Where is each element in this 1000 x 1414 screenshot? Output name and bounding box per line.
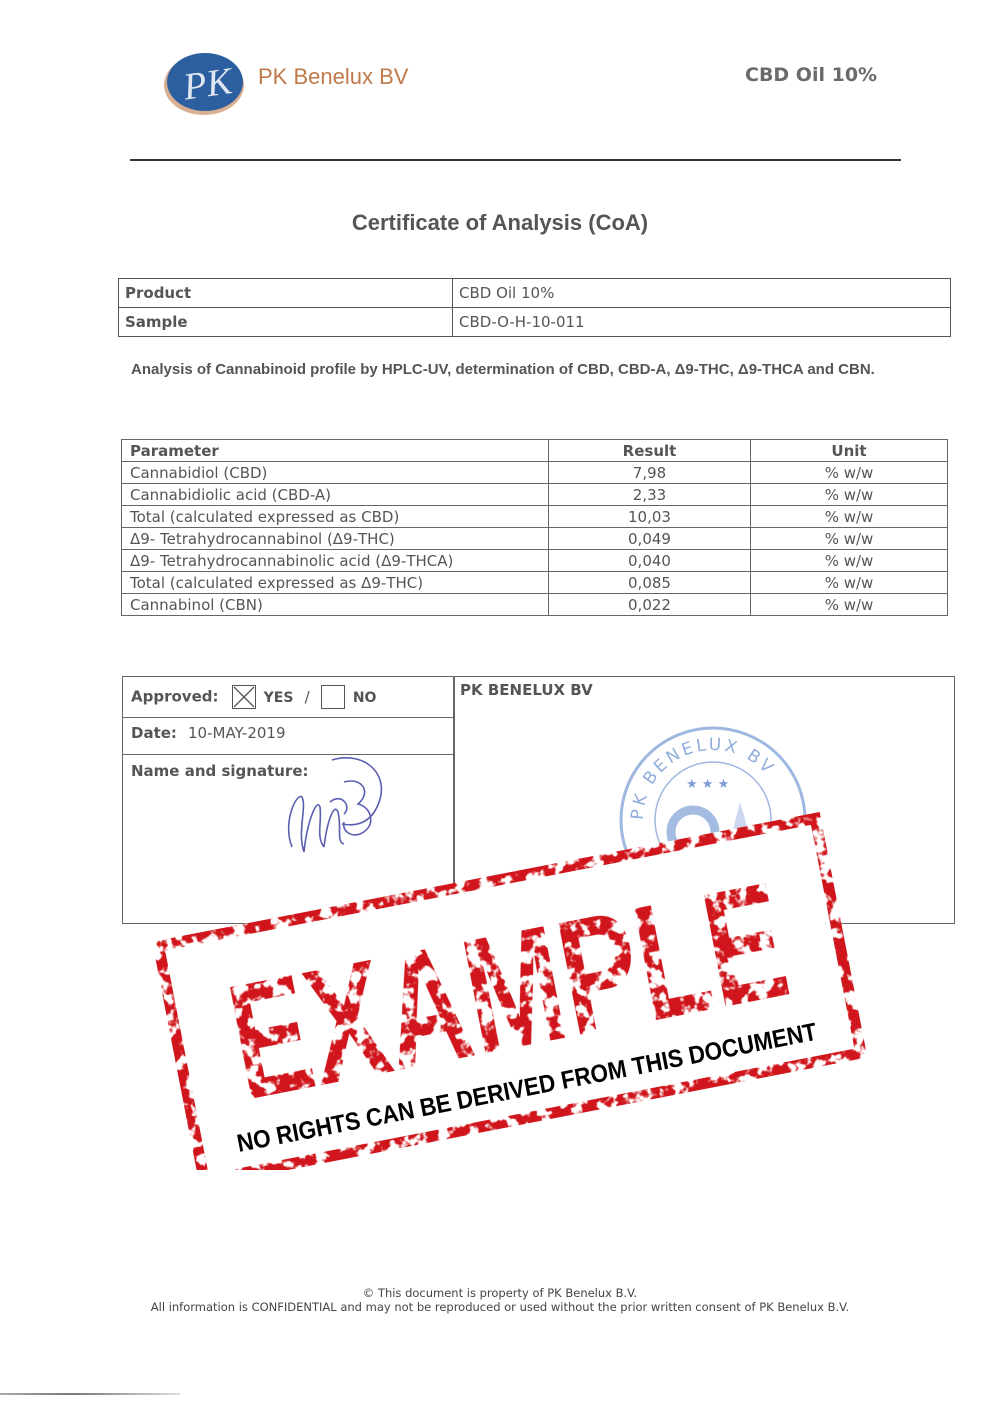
table-header-row: Parameter Result Unit: [122, 440, 948, 462]
parameter-cell: Cannabinol (CBN): [122, 594, 549, 616]
column-header-unit: Unit: [751, 440, 948, 462]
company-box-title: PK BENELUX BV: [460, 681, 593, 699]
parameter-cell: Total (calculated expressed as CBD): [122, 506, 549, 528]
table-row: Δ9- Tetrahydrocannabinolic acid (Δ9-THCA…: [122, 550, 948, 572]
parameter-cell: Cannabidiolic acid (CBD-A): [122, 484, 549, 506]
company-logo-icon: PK: [163, 50, 245, 116]
bottom-divider: [0, 1393, 180, 1395]
results-table: Parameter Result Unit Cannabidiol (CBD)7…: [121, 439, 948, 616]
unit-cell: % w/w: [751, 594, 948, 616]
no-label: NO: [353, 690, 377, 706]
sample-label: Sample: [119, 308, 453, 337]
date-label: Date:: [131, 724, 177, 742]
footer-copyright: © This document is property of PK Benelu…: [0, 1286, 1000, 1300]
date-value: 10-MAY-2019: [188, 724, 286, 742]
company-name: PK Benelux BV: [258, 64, 408, 90]
sample-value: CBD-O-H-10-011: [453, 308, 951, 337]
parameter-cell: Total (calculated expressed as Δ9-THC): [122, 572, 549, 594]
check-x-icon: [233, 686, 255, 708]
result-cell: 0,049: [549, 528, 751, 550]
product-value: CBD Oil 10%: [453, 279, 951, 308]
svg-text:PK: PK: [180, 60, 237, 109]
table-row: Total (calculated expressed as CBD)10,03…: [122, 506, 948, 528]
table-row: Cannabidiolic acid (CBD-A)2,33% w/w: [122, 484, 948, 506]
result-cell: 0,040: [549, 550, 751, 572]
table-row: Sample CBD-O-H-10-011: [119, 308, 951, 337]
unit-cell: % w/w: [751, 550, 948, 572]
unit-cell: % w/w: [751, 528, 948, 550]
result-cell: 7,98: [549, 462, 751, 484]
column-header-result: Result: [549, 440, 751, 462]
result-cell: 10,03: [549, 506, 751, 528]
table-row: Total (calculated expressed as Δ9-THC)0,…: [122, 572, 948, 594]
table-row: Δ9- Tetrahydrocannabinol (Δ9-THC)0,049% …: [122, 528, 948, 550]
result-cell: 2,33: [549, 484, 751, 506]
product-heading: CBD Oil 10%: [745, 64, 877, 86]
analysis-description: Analysis of Cannabinoid profile by HPLC-…: [131, 360, 891, 380]
approved-label: Approved:: [131, 688, 218, 706]
footer: © This document is property of PK Benelu…: [0, 1286, 1000, 1314]
product-info-table: Product CBD Oil 10% Sample CBD-O-H-10-01…: [118, 278, 951, 337]
unit-cell: % w/w: [751, 572, 948, 594]
yes-checkbox[interactable]: [232, 685, 256, 709]
document-title: Certificate of Analysis (CoA): [0, 210, 1000, 236]
unit-cell: % w/w: [751, 462, 948, 484]
table-row: Cannabidiol (CBD)7,98% w/w: [122, 462, 948, 484]
result-cell: 0,085: [549, 572, 751, 594]
parameter-cell: Δ9- Tetrahydrocannabinol (Δ9-THC): [122, 528, 549, 550]
result-cell: 0,022: [549, 594, 751, 616]
unit-cell: % w/w: [751, 484, 948, 506]
table-row: Cannabinol (CBN)0,022% w/w: [122, 594, 948, 616]
column-header-parameter: Parameter: [122, 440, 549, 462]
date-row: Date: 10-MAY-2019: [123, 718, 454, 755]
yes-label: YES: [264, 690, 294, 706]
parameter-cell: Δ9- Tetrahydrocannabinolic acid (Δ9-THCA…: [122, 550, 549, 572]
product-label: Product: [119, 279, 453, 308]
footer-confidential: All information is CONFIDENTIAL and may …: [0, 1300, 1000, 1314]
separator: /: [305, 688, 310, 706]
table-row: Product CBD Oil 10%: [119, 279, 951, 308]
approval-row: Approved: YES / NO: [123, 677, 454, 718]
unit-cell: % w/w: [751, 506, 948, 528]
example-watermark: EXAMPLE NO RIGHTS CAN BE DERIVED FROM TH…: [135, 780, 875, 1170]
header-divider: [130, 159, 901, 161]
parameter-cell: Cannabidiol (CBD): [122, 462, 549, 484]
no-checkbox[interactable]: [321, 685, 345, 709]
